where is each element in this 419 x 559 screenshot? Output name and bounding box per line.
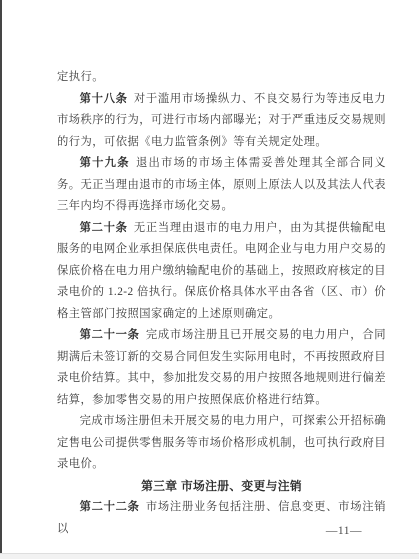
page-number: —11— [326,525,362,537]
article-22-number: 第二十二条 [80,501,140,513]
continuation-paragraph: 定执行。 [57,67,386,89]
article-21-second-paragraph: 完成市场注册但未开展交易的电力用户，可探索公开招标确定售电公司提供零售服务等市场… [57,411,386,476]
article-19-number: 第十九条 [80,157,130,169]
bottom-edge-divider [0,553,419,559]
article-20-text: 无正当理由退市的电力用户，由为其提供输配电服务的电网企业承担保底供电责任。电网企… [57,222,386,320]
article-21-paragraph: 第二十一条完成市场注册且已开展交易的电力用户，合同期满后未签订新的交易合同但发生… [57,325,386,411]
article-19-paragraph: 第十九条退出市场的市场主体需妥善处理其全部合同义务。无正当理由退市的市场主体，原… [57,153,386,218]
article-21-number: 第二十一条 [80,329,140,341]
article-20-number: 第二十条 [80,222,128,234]
article-18-paragraph: 第十八条对于滥用市场操纵力、不良交易行为等违反电力市场秩序的行为，可进行市场内部… [57,89,386,154]
document-body: 定执行。 第十八条对于滥用市场操纵力、不良交易行为等违反电力市场秩序的行为，可进… [57,67,386,540]
paragraph-text: 完成市场注册但未开展交易的电力用户，可探索公开招标确定售电公司提供零售服务等市场… [57,415,386,470]
article-20-paragraph: 第二十条无正当理由退市的电力用户，由为其提供输配电服务的电网企业承担保底供电责任… [57,218,386,326]
chapter-3-heading: 第三章 市场注册、变更与注销 [57,476,386,498]
page-left-edge-divider [0,0,2,553]
article-18-number: 第十八条 [80,93,128,105]
document-page: 定执行。 第十八条对于滥用市场操纵力、不良交易行为等违反电力市场秩序的行为，可进… [0,0,419,559]
paragraph-text: 定执行。 [57,71,104,83]
